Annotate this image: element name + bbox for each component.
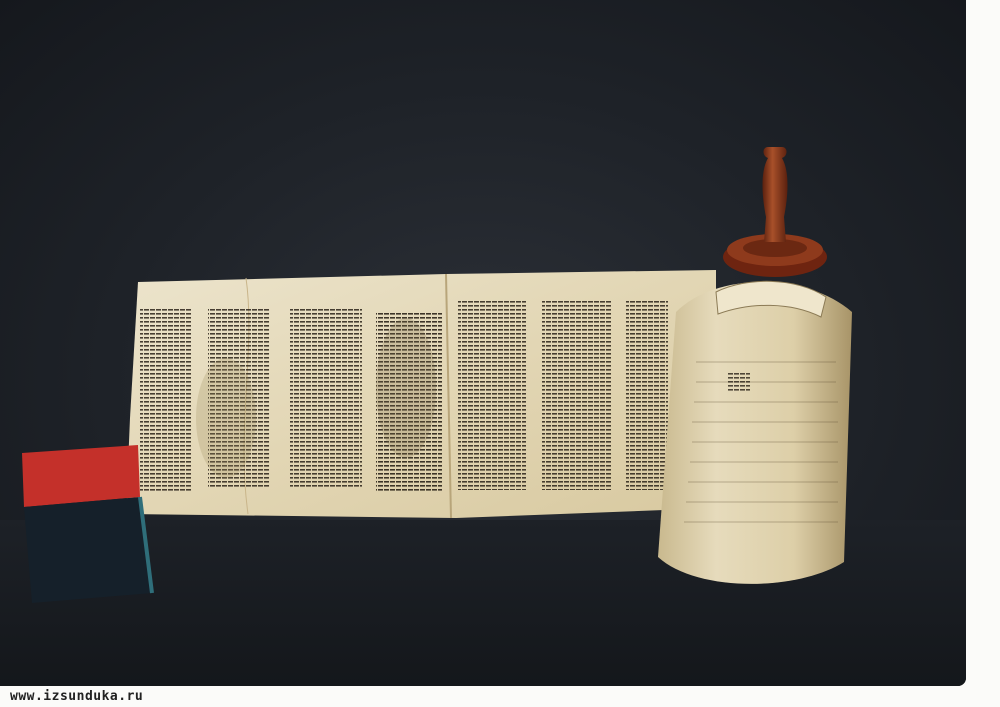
rolled-scroll: [656, 272, 856, 590]
unrolled-scroll: [126, 268, 716, 518]
photo-background: [0, 0, 966, 686]
watermark-text: www.izsunduka.ru: [10, 689, 143, 704]
wooden-handle: [718, 142, 828, 282]
book: [20, 445, 155, 605]
